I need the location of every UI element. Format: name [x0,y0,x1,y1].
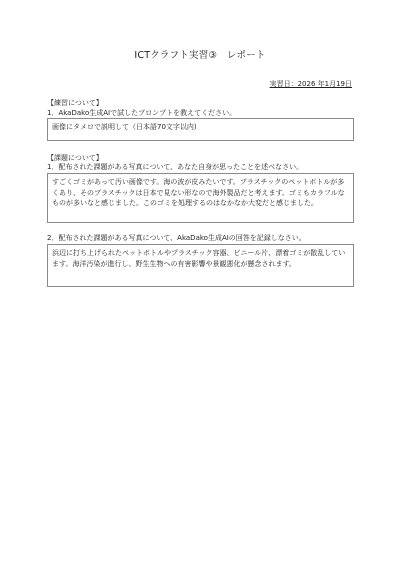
assignment-question-1: 1．配布された課題がある写真について、あなた自身が思ったことを述べなさい。 [47,162,303,172]
practice-date: 実習日：2026 年1月19日 [270,79,352,89]
assignment-question-2: 2．配布された課題がある写真について、AkaDako生成AIの回答を記録しなさい… [47,233,306,243]
assignment-answer-2-box[interactable]: 浜辺に打ち上げられたペットボトルやプラスチック容器、ビニール片、漂着ゴミが散乱し… [47,244,354,287]
practice-question: 1．AkaDako生成AIで試したプロンプトを教えてください。 [47,108,236,118]
report-title: ICTクラフト実習③ レポート [0,47,400,61]
assignment-answer-1-box[interactable]: すごくゴミがあって汚い画像です。海の波が皮みたいです。プラスチックのペットボトル… [47,173,354,223]
practice-section-label: 【練習について】 [47,98,103,108]
practice-answer-box[interactable]: 画像にタメロで説明して（日本語70文字以内) [47,118,354,141]
